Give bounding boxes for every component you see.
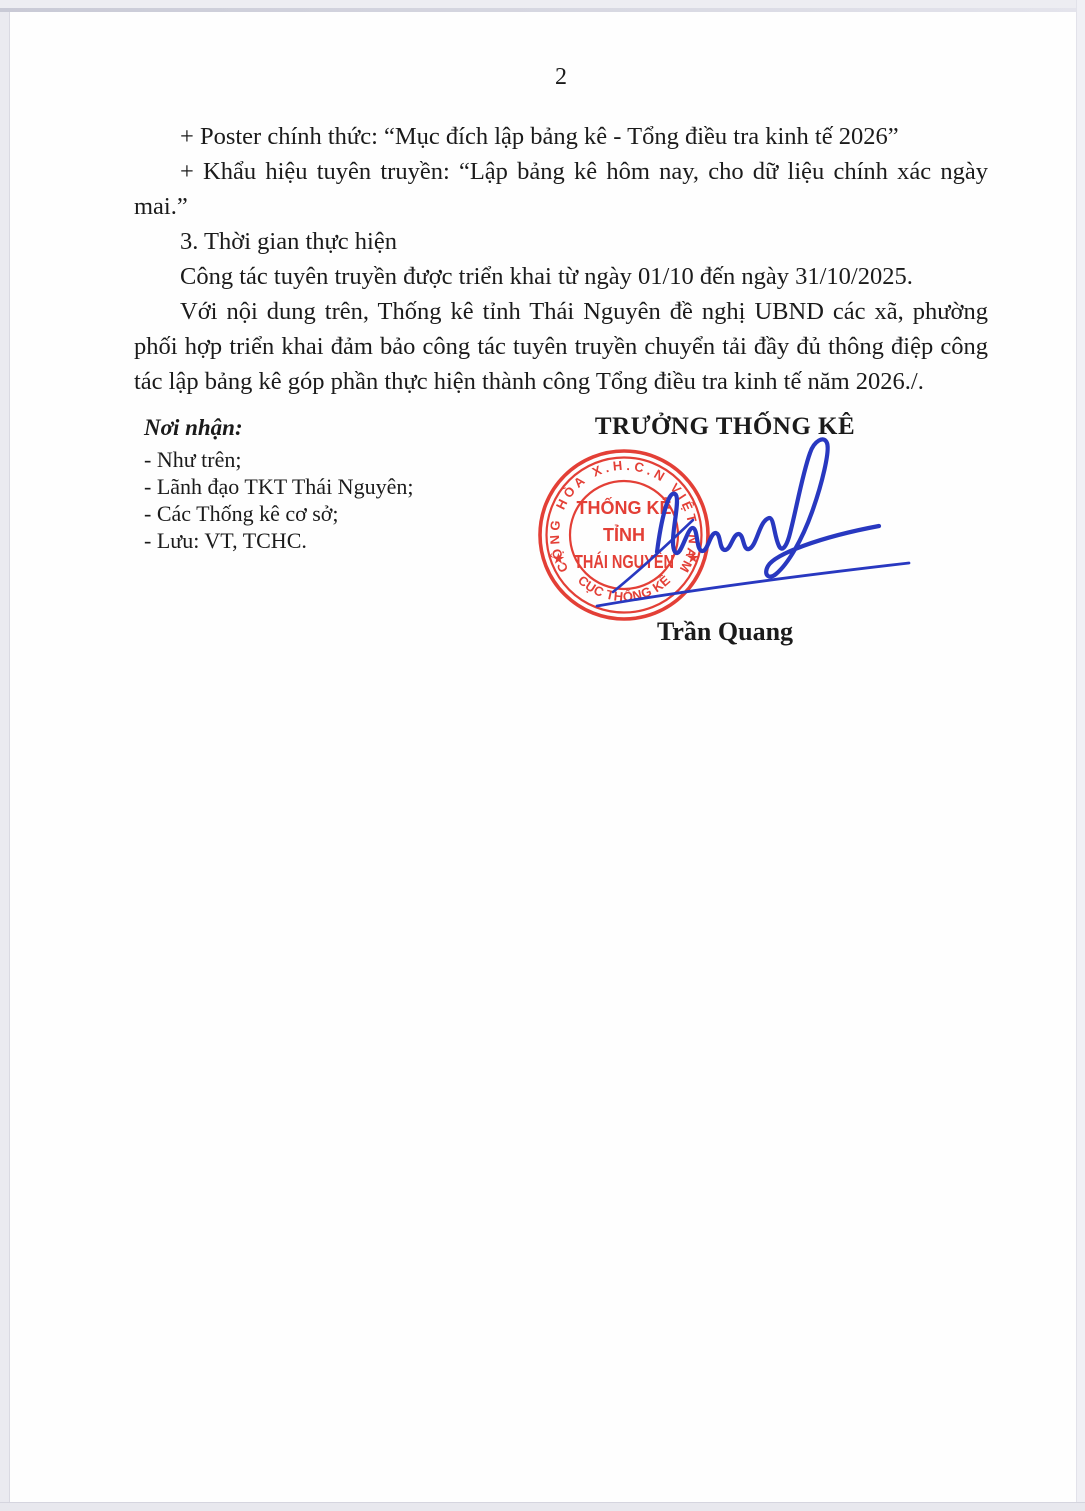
paragraph-conclusion: Với nội dung trên, Thống kê tỉnh Thái Ng… [134, 294, 988, 399]
stamp-ring-text-top: CỘNG HÒA X.H.C.N VIỆT NAM [547, 458, 701, 575]
stamp-center-line-2: TỈNH [603, 524, 645, 545]
stamp-ring-text-bottom: CỤC THỐNG KÊ [575, 572, 673, 604]
recipients-heading: Nơi nhận: [144, 414, 474, 441]
scan-edge-right [1076, 0, 1085, 1511]
scan-edge-left [0, 0, 10, 1511]
signer-name: Trần Quang [520, 617, 930, 647]
paragraph-section-3: 3. Thời gian thực hiện [134, 224, 988, 259]
signature-intro-stroke [613, 520, 693, 592]
signer-title: TRƯỞNG THỐNG KÊ [520, 412, 930, 442]
paragraph-timeline: Công tác tuyên truyền được triển khai từ… [134, 259, 988, 294]
recipient-item: - Lưu: VT, TCHC. [144, 527, 474, 554]
stamp-star-right-icon: ★ [687, 550, 699, 565]
stamp-center-line-1: THỐNG KÊ [576, 497, 671, 518]
handwritten-signature [597, 439, 909, 606]
stamp-inner-ring [570, 481, 678, 589]
scan-edge-bottom [0, 1502, 1085, 1511]
page-number: 2 [134, 64, 988, 91]
paragraph-poster: + Poster chính thức: “Mục đích lập bảng … [134, 119, 988, 154]
official-stamp: CỘNG HÒA X.H.C.N VIỆT NAM CỤC THỐNG KÊ ★… [540, 451, 708, 619]
stamp-outer-ring [540, 451, 708, 619]
stamp-star-left-icon: ★ [553, 551, 565, 566]
scan-edge-top [0, 0, 1085, 12]
stamp-center-line-3: THÁI NGUYÊN [574, 551, 674, 572]
signature-main-stroke [657, 439, 879, 576]
signature-underline-stroke [597, 563, 909, 606]
stamp-middle-ring [547, 458, 702, 613]
recipient-item: - Các Thống kê cơ sở; [144, 500, 474, 527]
recipient-item: - Lãnh đạo TKT Thái Nguyên; [144, 473, 474, 500]
official-stamp-and-signature: CỘNG HÒA X.H.C.N VIỆT NAM CỤC THỐNG KÊ ★… [525, 422, 945, 637]
recipient-item: - Như trên; [144, 446, 474, 473]
recipients-block: Nơi nhận: - Như trên; - Lãnh đạo TKT Thá… [144, 414, 474, 554]
document-page: 2 + Poster chính thức: “Mục đích lập bản… [0, 0, 1085, 1511]
paragraph-slogan: + Khẩu hiệu tuyên truyền: “Lập bảng kê h… [134, 154, 988, 224]
document-body: + Poster chính thức: “Mục đích lập bảng … [134, 119, 988, 399]
